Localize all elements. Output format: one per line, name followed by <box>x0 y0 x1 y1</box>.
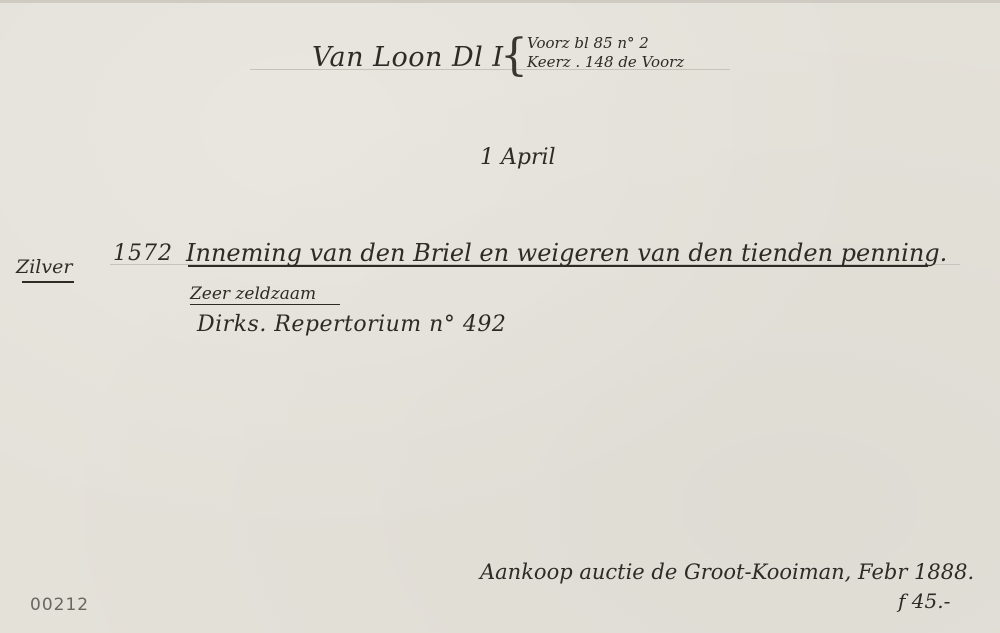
entry-date: 1 April <box>480 147 556 169</box>
price-note: f 45.- <box>898 591 950 611</box>
card-title: Van Loon Dl I <box>312 44 504 71</box>
entry-year: 1572 <box>113 243 173 265</box>
rarity-underline <box>190 304 340 305</box>
acquisition-note: Aankoop auctie de Groot-Kooiman, Febr 18… <box>480 562 974 583</box>
header-reference-front: Voorz bl 85 n° 2 <box>527 36 649 51</box>
material-underline <box>22 281 74 283</box>
header-reference-back: Keerz . 148 de Voorz <box>527 55 684 70</box>
subject-underline <box>188 265 928 267</box>
catalogue-card: Van Loon Dl I { Voorz bl 85 n° 2 Keerz .… <box>0 0 1000 633</box>
rarity-note: Zeer zeldzaam <box>190 286 316 303</box>
material-label: Zilver <box>16 258 72 277</box>
entry-subject: Inneming van den Briel en weigeren van d… <box>186 241 947 265</box>
inventory-number: 00212 <box>30 597 89 614</box>
card-top-edge <box>0 0 1000 3</box>
brace-glyph: { <box>500 34 528 78</box>
catalogue-reference: Dirks. Repertorium n° 492 <box>197 314 506 336</box>
